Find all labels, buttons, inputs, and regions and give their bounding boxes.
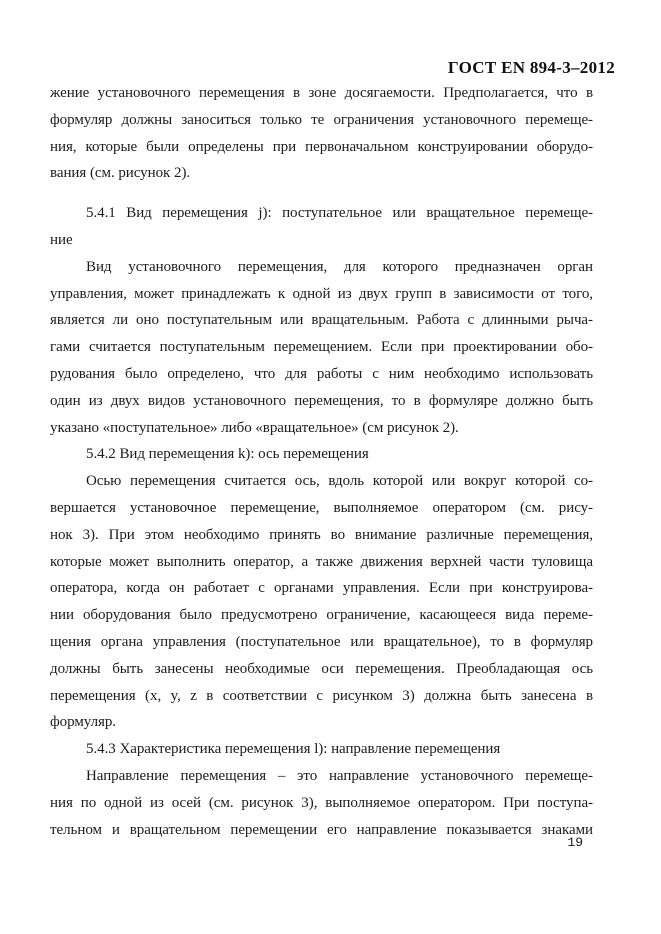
text-line: тельном и вращательном перемещении его н… (50, 817, 593, 844)
text-line: должны быть занесены необходимые оси пер… (50, 656, 593, 683)
text-line: нии оборудования было предусмотрено огра… (50, 602, 593, 629)
text-line: 5.4.2 Вид перемещения k): ось перемещени… (50, 441, 593, 468)
text-line: ния по одной из осей (см. рисунок 3), вы… (50, 790, 593, 817)
text-line: рудования было определено, что для работ… (50, 361, 593, 388)
text-line: вания (см. рисунок 2). (50, 160, 593, 187)
text-line: ния, которые были определены при первона… (50, 134, 593, 161)
text-line: формуляр должны заноситься только те огр… (50, 107, 593, 134)
text-line: гами считается поступательным перемещени… (50, 334, 593, 361)
text-line: 5.4.3 Характеристика перемещения l): нап… (50, 736, 593, 763)
text-line: жение установочного перемещения в зоне д… (50, 80, 593, 107)
text-line: является ли оно поступательным или враща… (50, 307, 593, 334)
document-header-title: ГОСТ EN 894-3–2012 (448, 58, 615, 78)
text-line: вершается установочное перемещение, выпо… (50, 495, 593, 522)
text-line: щения органа управления (поступательное … (50, 629, 593, 656)
text-line: которые может выполнить оператор, а такж… (50, 549, 593, 576)
text-line: Направление перемещения – это направлени… (50, 763, 593, 790)
text-line: управления, может принадлежать к одной и… (50, 281, 593, 308)
document-page: ГОСТ EN 894-3–2012 жение установочного п… (0, 0, 661, 934)
text-line: указано «поступательное» либо «вращатель… (50, 415, 593, 442)
text-line: формуляр. (50, 709, 593, 736)
text-line: нок 3). При этом необходимо принять во в… (50, 522, 593, 549)
text-line: Вид установочного перемещения, для котор… (50, 254, 593, 281)
text-line: 5.4.1 Вид перемещения j): поступательное… (50, 200, 593, 227)
document-body: жение установочного перемещения в зоне д… (50, 80, 593, 850)
text-line: оператора, когда он работает с органами … (50, 575, 593, 602)
text-line: перемещения (x, y, z в соответствии с ри… (50, 683, 593, 710)
text-line: ние (50, 227, 593, 254)
page-number: 19 (567, 835, 583, 850)
text-line: Осью перемещения считается ось, вдоль ко… (50, 468, 593, 495)
text-line: один из двух видов установочного перемещ… (50, 388, 593, 415)
